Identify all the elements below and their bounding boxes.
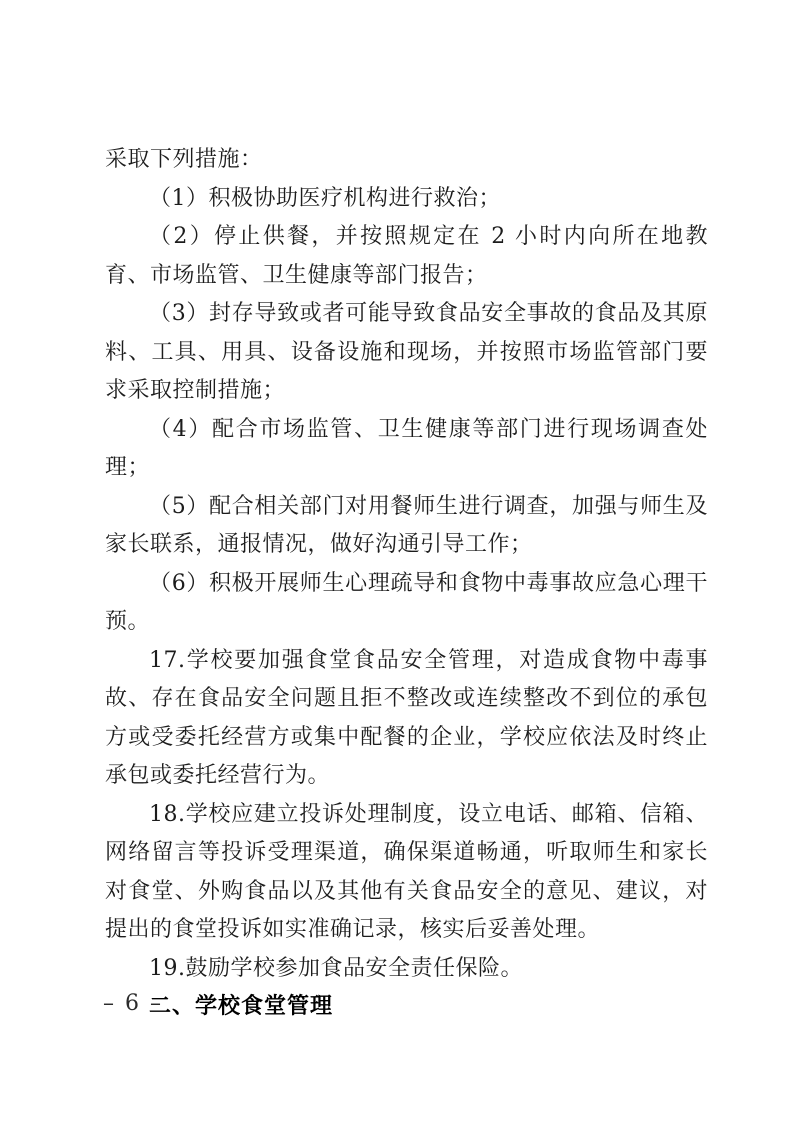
paragraph-item-17: 17.学校要加强食堂食品安全管理，对造成食物中毒事故、存在食品安全问题且拒不整改…: [105, 642, 708, 796]
section-heading: 二、学校食堂管理: [105, 988, 708, 1027]
list-item-2: （2）停止供餐，并按照规定在 2 小时内向所在地教育、市场监管、卫生健康等部门报…: [105, 218, 708, 295]
list-item-1: （1）积极协助医疗机构进行救治；: [105, 180, 708, 219]
list-item-6: （6）积极开展师生心理疏导和食物中毒事故应急心理干预。: [105, 565, 708, 642]
list-item-5: （5）配合相关部门对用餐师生进行调查，加强与师生及家长联系，通报情况，做好沟通引…: [105, 488, 708, 565]
list-item-3: （3）封存导致或者可能导致食品安全事故的食品及其原料、工具、用具、设备设施和现场…: [105, 295, 708, 411]
paragraph-item-18: 18.学校应建立投诉处理制度，设立电话、邮箱、信箱、网络留言等投诉受理渠道，确保…: [105, 796, 708, 950]
paragraph-item-19: 19.鼓励学校参加食品安全责任保险。: [105, 950, 708, 989]
document-page: 采取下列措施： （1）积极协助医疗机构进行救治； （2）停止供餐，并按照规定在 …: [0, 0, 794, 1123]
document-body: 采取下列措施： （1）积极协助医疗机构进行救治； （2）停止供餐，并按照规定在 …: [105, 141, 708, 1027]
paragraph-intro: 采取下列措施：: [105, 141, 708, 180]
page-number: – 6 –: [103, 992, 163, 1016]
list-item-4: （4）配合市场监管、卫生健康等部门进行现场调查处理；: [105, 411, 708, 488]
